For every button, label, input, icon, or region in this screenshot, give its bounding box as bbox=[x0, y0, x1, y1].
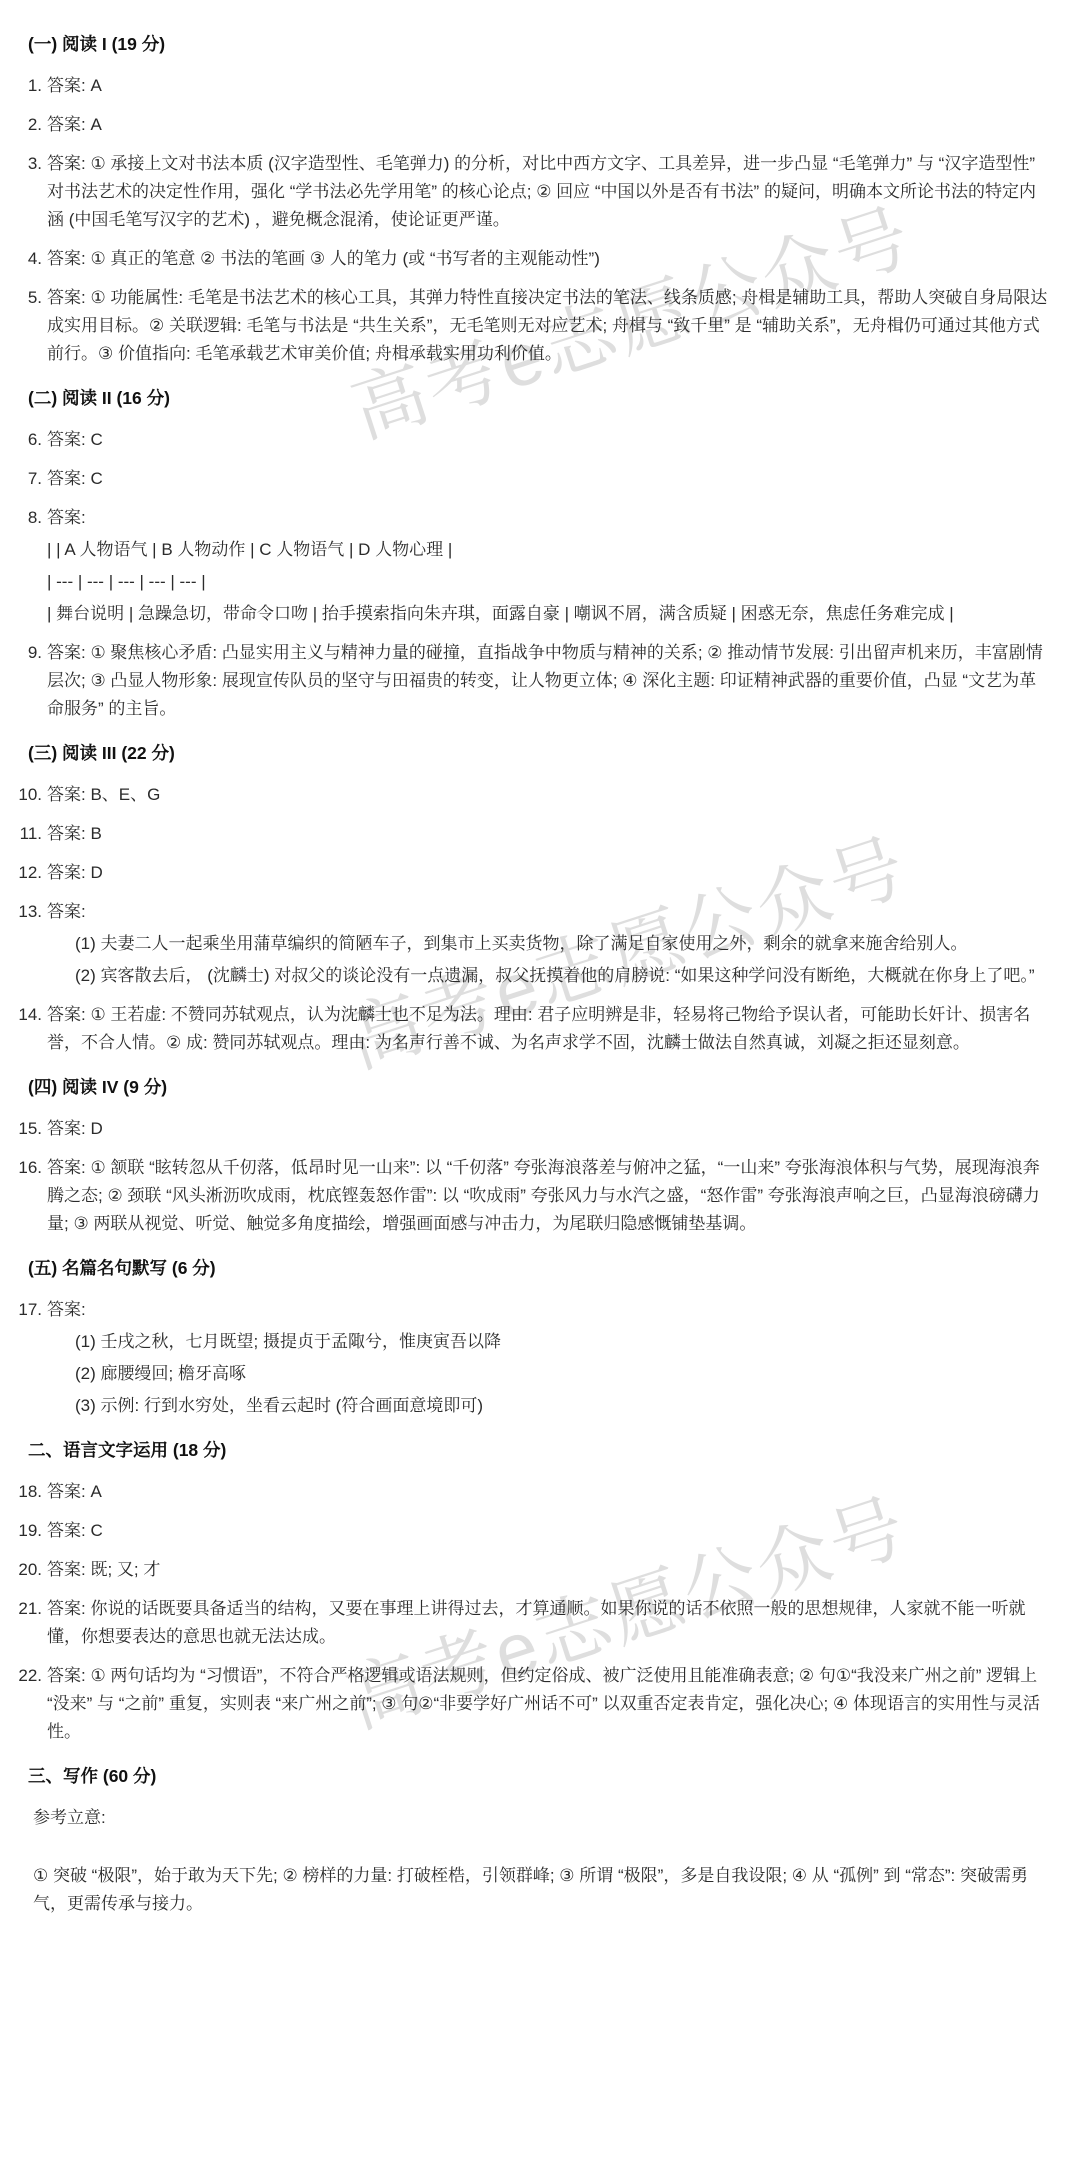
answer-item: 18. 答案: A bbox=[0, 1478, 1050, 1506]
answer-content: ① 突破 “极限”，始于敢为天下先; ② 榜样的力量: 打破桎梏，引领群峰; ③… bbox=[33, 1862, 1050, 1918]
answer-number: 1. bbox=[0, 72, 42, 100]
answer-item: 15. 答案: D bbox=[0, 1115, 1050, 1143]
answer-number: 12. bbox=[0, 859, 42, 887]
answer-item: 19. 答案: C bbox=[0, 1517, 1050, 1545]
answer-number: 5. bbox=[0, 284, 42, 368]
answer-content: 答案: 你说的话既要具备适当的结构，又要在事理上讲得过去，才算通顺。如果你说的话… bbox=[47, 1595, 1050, 1651]
answer-content: 答案: ① 两句话均为 “习惯语”，不符合严格逻辑或语法规则，但约定俗成、被广泛… bbox=[47, 1662, 1050, 1746]
answer-number: 9. bbox=[0, 639, 42, 723]
answer-item: 7. 答案: C bbox=[0, 465, 1050, 493]
answer-text: 答案: ① 颔联 “眩转忽从千仞落，低昂时见一山来”: 以 “千仞落” 夸张海浪… bbox=[47, 1154, 1050, 1238]
answer-content: 答案: ① 王若虚: 不赞同苏轼观点，认为沈麟士也不足为法。理由: 君子应明辨是… bbox=[47, 1001, 1050, 1057]
answer-number: 19. bbox=[0, 1517, 42, 1545]
answer-text: 答案: 你说的话既要具备适当的结构，又要在事理上讲得过去，才算通顺。如果你说的话… bbox=[47, 1595, 1050, 1651]
answer-item: 4. 答案: ① 真正的笔意 ② 书法的笔画 ③ 人的笔力 (或 “书写者的主观… bbox=[0, 245, 1050, 273]
answer-item: ① 突破 “极限”，始于敢为天下先; ② 榜样的力量: 打破桎梏，引领群峰; ③… bbox=[0, 1862, 1050, 1918]
section-heading: (四) 阅读 IV (9 分) bbox=[0, 1073, 1050, 1101]
answer-content: 答案: ① 承接上文对书法本质 (汉字造型性、毛笔弹力) 的分析，对比中西方文字… bbox=[47, 150, 1050, 234]
answer-item: 16. 答案: ① 颔联 “眩转忽从千仞落，低昂时见一山来”: 以 “千仞落” … bbox=[0, 1154, 1050, 1238]
answer-text: 答案: bbox=[47, 1296, 1050, 1324]
answer-item: 14. 答案: ① 王若虚: 不赞同苏轼观点，认为沈麟士也不足为法。理由: 君子… bbox=[0, 1001, 1050, 1057]
sub-answer-line: (2) 廊腰缦回; 檐牙高啄 bbox=[47, 1360, 1050, 1388]
answer-text: 答案: ① 王若虚: 不赞同苏轼观点，认为沈麟士也不足为法。理由: 君子应明辨是… bbox=[47, 1001, 1050, 1057]
answer-content: 答案: ① 颔联 “眩转忽从千仞落，低昂时见一山来”: 以 “千仞落” 夸张海浪… bbox=[47, 1154, 1050, 1238]
answer-text: 答案: C bbox=[47, 465, 1050, 493]
section-heading: 二、语言文字运用 (18 分) bbox=[0, 1436, 1050, 1464]
answer-text: 答案: D bbox=[47, 859, 1050, 887]
answer-text: 答案: ① 承接上文对书法本质 (汉字造型性、毛笔弹力) 的分析，对比中西方文字… bbox=[47, 150, 1050, 234]
answer-item: 3. 答案: ① 承接上文对书法本质 (汉字造型性、毛笔弹力) 的分析，对比中西… bbox=[0, 150, 1050, 234]
answer-item: 12. 答案: D bbox=[0, 859, 1050, 887]
answer-text: 答案: 既; 又; 才 bbox=[47, 1556, 1050, 1584]
answer-item: 20. 答案: 既; 又; 才 bbox=[0, 1556, 1050, 1584]
answer-text: 答案: bbox=[47, 898, 1050, 926]
section-heading: (三) 阅读 III (22 分) bbox=[0, 739, 1050, 767]
answer-number: 17. bbox=[0, 1296, 42, 1420]
section-heading: (二) 阅读 II (16 分) bbox=[0, 384, 1050, 412]
document-section: (一) 阅读 I (19 分) 1. 答案: A 2. 答案: A 3. 答案:… bbox=[0, 30, 1050, 368]
section-heading: (一) 阅读 I (19 分) bbox=[0, 30, 1050, 58]
answer-content: 答案: D bbox=[47, 1115, 1050, 1143]
answer-number: 11. bbox=[0, 820, 42, 848]
section-heading: (五) 名篇名句默写 (6 分) bbox=[0, 1254, 1050, 1282]
answer-number: 4. bbox=[0, 245, 42, 273]
document-section: 三、写作 (60 分) 参考立意: ① 突破 “极限”，始于敢为天下先; ② 榜… bbox=[0, 1762, 1050, 1918]
answer-text: 答案: C bbox=[47, 1517, 1050, 1545]
answer-number: 21. bbox=[0, 1595, 42, 1651]
answer-text: 答案: A bbox=[47, 111, 1050, 139]
answer-text: 答案: ① 两句话均为 “习惯语”，不符合严格逻辑或语法规则，但约定俗成、被广泛… bbox=[47, 1662, 1050, 1746]
answer-number: 13. bbox=[0, 898, 42, 990]
answer-text: 答案: C bbox=[47, 426, 1050, 454]
answer-content: 答案: A bbox=[47, 72, 1050, 100]
answer-text: 答案: ① 功能属性: 毛笔是书法艺术的核心工具，其弹力特性直接决定书法的笔法、… bbox=[47, 284, 1050, 368]
answer-content: 答案: C bbox=[47, 465, 1050, 493]
answer-content: 答案: 既; 又; 才 bbox=[47, 1556, 1050, 1584]
answer-number: 6. bbox=[0, 426, 42, 454]
answer-text: ① 突破 “极限”，始于敢为天下先; ② 榜样的力量: 打破桎梏，引领群峰; ③… bbox=[33, 1862, 1050, 1918]
answer-item: 2. 答案: A bbox=[0, 111, 1050, 139]
answer-item: 6. 答案: C bbox=[0, 426, 1050, 454]
section-items: 18. 答案: A 19. 答案: C 20. 答案: 既; 又; 才 21. … bbox=[0, 1478, 1050, 1746]
answer-number: 7. bbox=[0, 465, 42, 493]
section-items: 参考立意: ① 突破 “极限”，始于敢为天下先; ② 榜样的力量: 打破桎梏，引… bbox=[0, 1804, 1050, 1918]
answer-number: 2. bbox=[0, 111, 42, 139]
answer-item: 22. 答案: ① 两句话均为 “习惯语”，不符合严格逻辑或语法规则，但约定俗成… bbox=[0, 1662, 1050, 1746]
answer-item: 参考立意: bbox=[0, 1804, 1050, 1832]
document-section: (三) 阅读 III (22 分) 10. 答案: B、E、G 11. 答案: … bbox=[0, 739, 1050, 1057]
answer-content: 参考立意: bbox=[33, 1804, 1050, 1832]
sub-answer-line: (2) 宾客散去后， (沈麟士) 对叔父的谈论没有一点遗漏，叔父抚摸着他的肩膀说… bbox=[47, 962, 1050, 990]
answer-content: 答案: (1) 壬戌之秋，七月既望; 摄提贞于孟陬兮，惟庚寅吾以降(2) 廊腰缦… bbox=[47, 1296, 1050, 1420]
document-section: 二、语言文字运用 (18 分) 18. 答案: A 19. 答案: C 20. … bbox=[0, 1436, 1050, 1746]
answer-content: 答案: B bbox=[47, 820, 1050, 848]
sub-answer-line: (3) 示例: 行到水穷处，坐看云起时 (符合画面意境即可) bbox=[47, 1392, 1050, 1420]
section-items: 10. 答案: B、E、G 11. 答案: B 12. 答案: D 13. 答案… bbox=[0, 781, 1050, 1057]
answer-content: 答案: | | A 人物语气 | B 人物动作 | C 人物语气 | D 人物心… bbox=[47, 504, 1050, 628]
answer-number: 18. bbox=[0, 1478, 42, 1506]
answer-text: 答案: D bbox=[47, 1115, 1050, 1143]
answer-content: 答案: C bbox=[47, 1517, 1050, 1545]
answer-content: 答案: A bbox=[47, 111, 1050, 139]
table-markdown-line: | | A 人物语气 | B 人物动作 | C 人物语气 | D 人物心理 | bbox=[47, 536, 1050, 564]
answer-item: 17. 答案: (1) 壬戌之秋，七月既望; 摄提贞于孟陬兮，惟庚寅吾以降(2)… bbox=[0, 1296, 1050, 1420]
answer-item: 21. 答案: 你说的话既要具备适当的结构，又要在事理上讲得过去，才算通顺。如果… bbox=[0, 1595, 1050, 1651]
document-section: (五) 名篇名句默写 (6 分) 17. 答案: (1) 壬戌之秋，七月既望; … bbox=[0, 1254, 1050, 1420]
sub-answer-line: (1) 壬戌之秋，七月既望; 摄提贞于孟陬兮，惟庚寅吾以降 bbox=[47, 1328, 1050, 1356]
answer-item: 8. 答案: | | A 人物语气 | B 人物动作 | C 人物语气 | D … bbox=[0, 504, 1050, 628]
section-items: 15. 答案: D 16. 答案: ① 颔联 “眩转忽从千仞落，低昂时见一山来”… bbox=[0, 1115, 1050, 1238]
answer-item: 11. 答案: B bbox=[0, 820, 1050, 848]
answer-content: 答案: ① 功能属性: 毛笔是书法艺术的核心工具，其弹力特性直接决定书法的笔法、… bbox=[47, 284, 1050, 368]
section-heading: 三、写作 (60 分) bbox=[0, 1762, 1050, 1790]
table-markdown-line: | --- | --- | --- | --- | --- | bbox=[47, 568, 1050, 596]
answer-item: 10. 答案: B、E、G bbox=[0, 781, 1050, 809]
answer-number: 22. bbox=[0, 1662, 42, 1746]
answer-number: 15. bbox=[0, 1115, 42, 1143]
answer-text: 答案: B、E、G bbox=[47, 781, 1050, 809]
answer-text: 答案: B bbox=[47, 820, 1050, 848]
answer-number: 16. bbox=[0, 1154, 42, 1238]
answer-text: 答案: bbox=[47, 504, 1050, 532]
answer-item: 1. 答案: A bbox=[0, 72, 1050, 100]
answer-number: 8. bbox=[0, 504, 42, 628]
answer-content: 答案: ① 真正的笔意 ② 书法的笔画 ③ 人的笔力 (或 “书写者的主观能动性… bbox=[47, 245, 1050, 273]
answer-text: 答案: A bbox=[47, 1478, 1050, 1506]
answer-item: 5. 答案: ① 功能属性: 毛笔是书法艺术的核心工具，其弹力特性直接决定书法的… bbox=[0, 284, 1050, 368]
document-body: (一) 阅读 I (19 分) 1. 答案: A 2. 答案: A 3. 答案:… bbox=[0, 0, 1080, 1918]
document-section: (二) 阅读 II (16 分) 6. 答案: C 7. 答案: C 8. 答案… bbox=[0, 384, 1050, 723]
answer-number: 10. bbox=[0, 781, 42, 809]
answer-number: 20. bbox=[0, 1556, 42, 1584]
answer-content: 答案: C bbox=[47, 426, 1050, 454]
section-items: 6. 答案: C 7. 答案: C 8. 答案: | | A 人物语气 | B … bbox=[0, 426, 1050, 723]
table-markdown-line: | 舞台说明 | 急躁急切，带命令口吻 | 抬手摸索指向朱卉琪，面露自豪 | 嘲… bbox=[47, 600, 1050, 628]
answer-text: 答案: ① 真正的笔意 ② 书法的笔画 ③ 人的笔力 (或 “书写者的主观能动性… bbox=[47, 245, 1050, 273]
section-items: 1. 答案: A 2. 答案: A 3. 答案: ① 承接上文对书法本质 (汉字… bbox=[0, 72, 1050, 368]
answer-item: 9. 答案: ① 聚焦核心矛盾: 凸显实用主义与精神力量的碰撞，直指战争中物质与… bbox=[0, 639, 1050, 723]
answer-content: 答案: ① 聚焦核心矛盾: 凸显实用主义与精神力量的碰撞，直指战争中物质与精神的… bbox=[47, 639, 1050, 723]
answer-text: 答案: ① 聚焦核心矛盾: 凸显实用主义与精神力量的碰撞，直指战争中物质与精神的… bbox=[47, 639, 1050, 723]
answer-item: 13. 答案: (1) 夫妻二人一起乘坐用蒲草编织的简陋车子，到集市上买卖货物，… bbox=[0, 898, 1050, 990]
answer-content: 答案: A bbox=[47, 1478, 1050, 1506]
answer-text: 参考立意: bbox=[33, 1804, 1050, 1832]
sub-answer-line: (1) 夫妻二人一起乘坐用蒲草编织的简陋车子，到集市上买卖货物，除了满足自家使用… bbox=[47, 930, 1050, 958]
section-items: 17. 答案: (1) 壬戌之秋，七月既望; 摄提贞于孟陬兮，惟庚寅吾以降(2)… bbox=[0, 1296, 1050, 1420]
answer-content: 答案: (1) 夫妻二人一起乘坐用蒲草编织的简陋车子，到集市上买卖货物，除了满足… bbox=[47, 898, 1050, 990]
answer-number: 14. bbox=[0, 1001, 42, 1057]
answer-content: 答案: D bbox=[47, 859, 1050, 887]
answer-content: 答案: B、E、G bbox=[47, 781, 1050, 809]
document-section: (四) 阅读 IV (9 分) 15. 答案: D 16. 答案: ① 颔联 “… bbox=[0, 1073, 1050, 1238]
answer-number: 3. bbox=[0, 150, 42, 234]
answer-sheet-page: 高考e志愿公众号 高考e志愿公众号 高考e志愿公众号 (一) 阅读 I (19 … bbox=[0, 0, 1080, 2166]
answer-text: 答案: A bbox=[47, 72, 1050, 100]
